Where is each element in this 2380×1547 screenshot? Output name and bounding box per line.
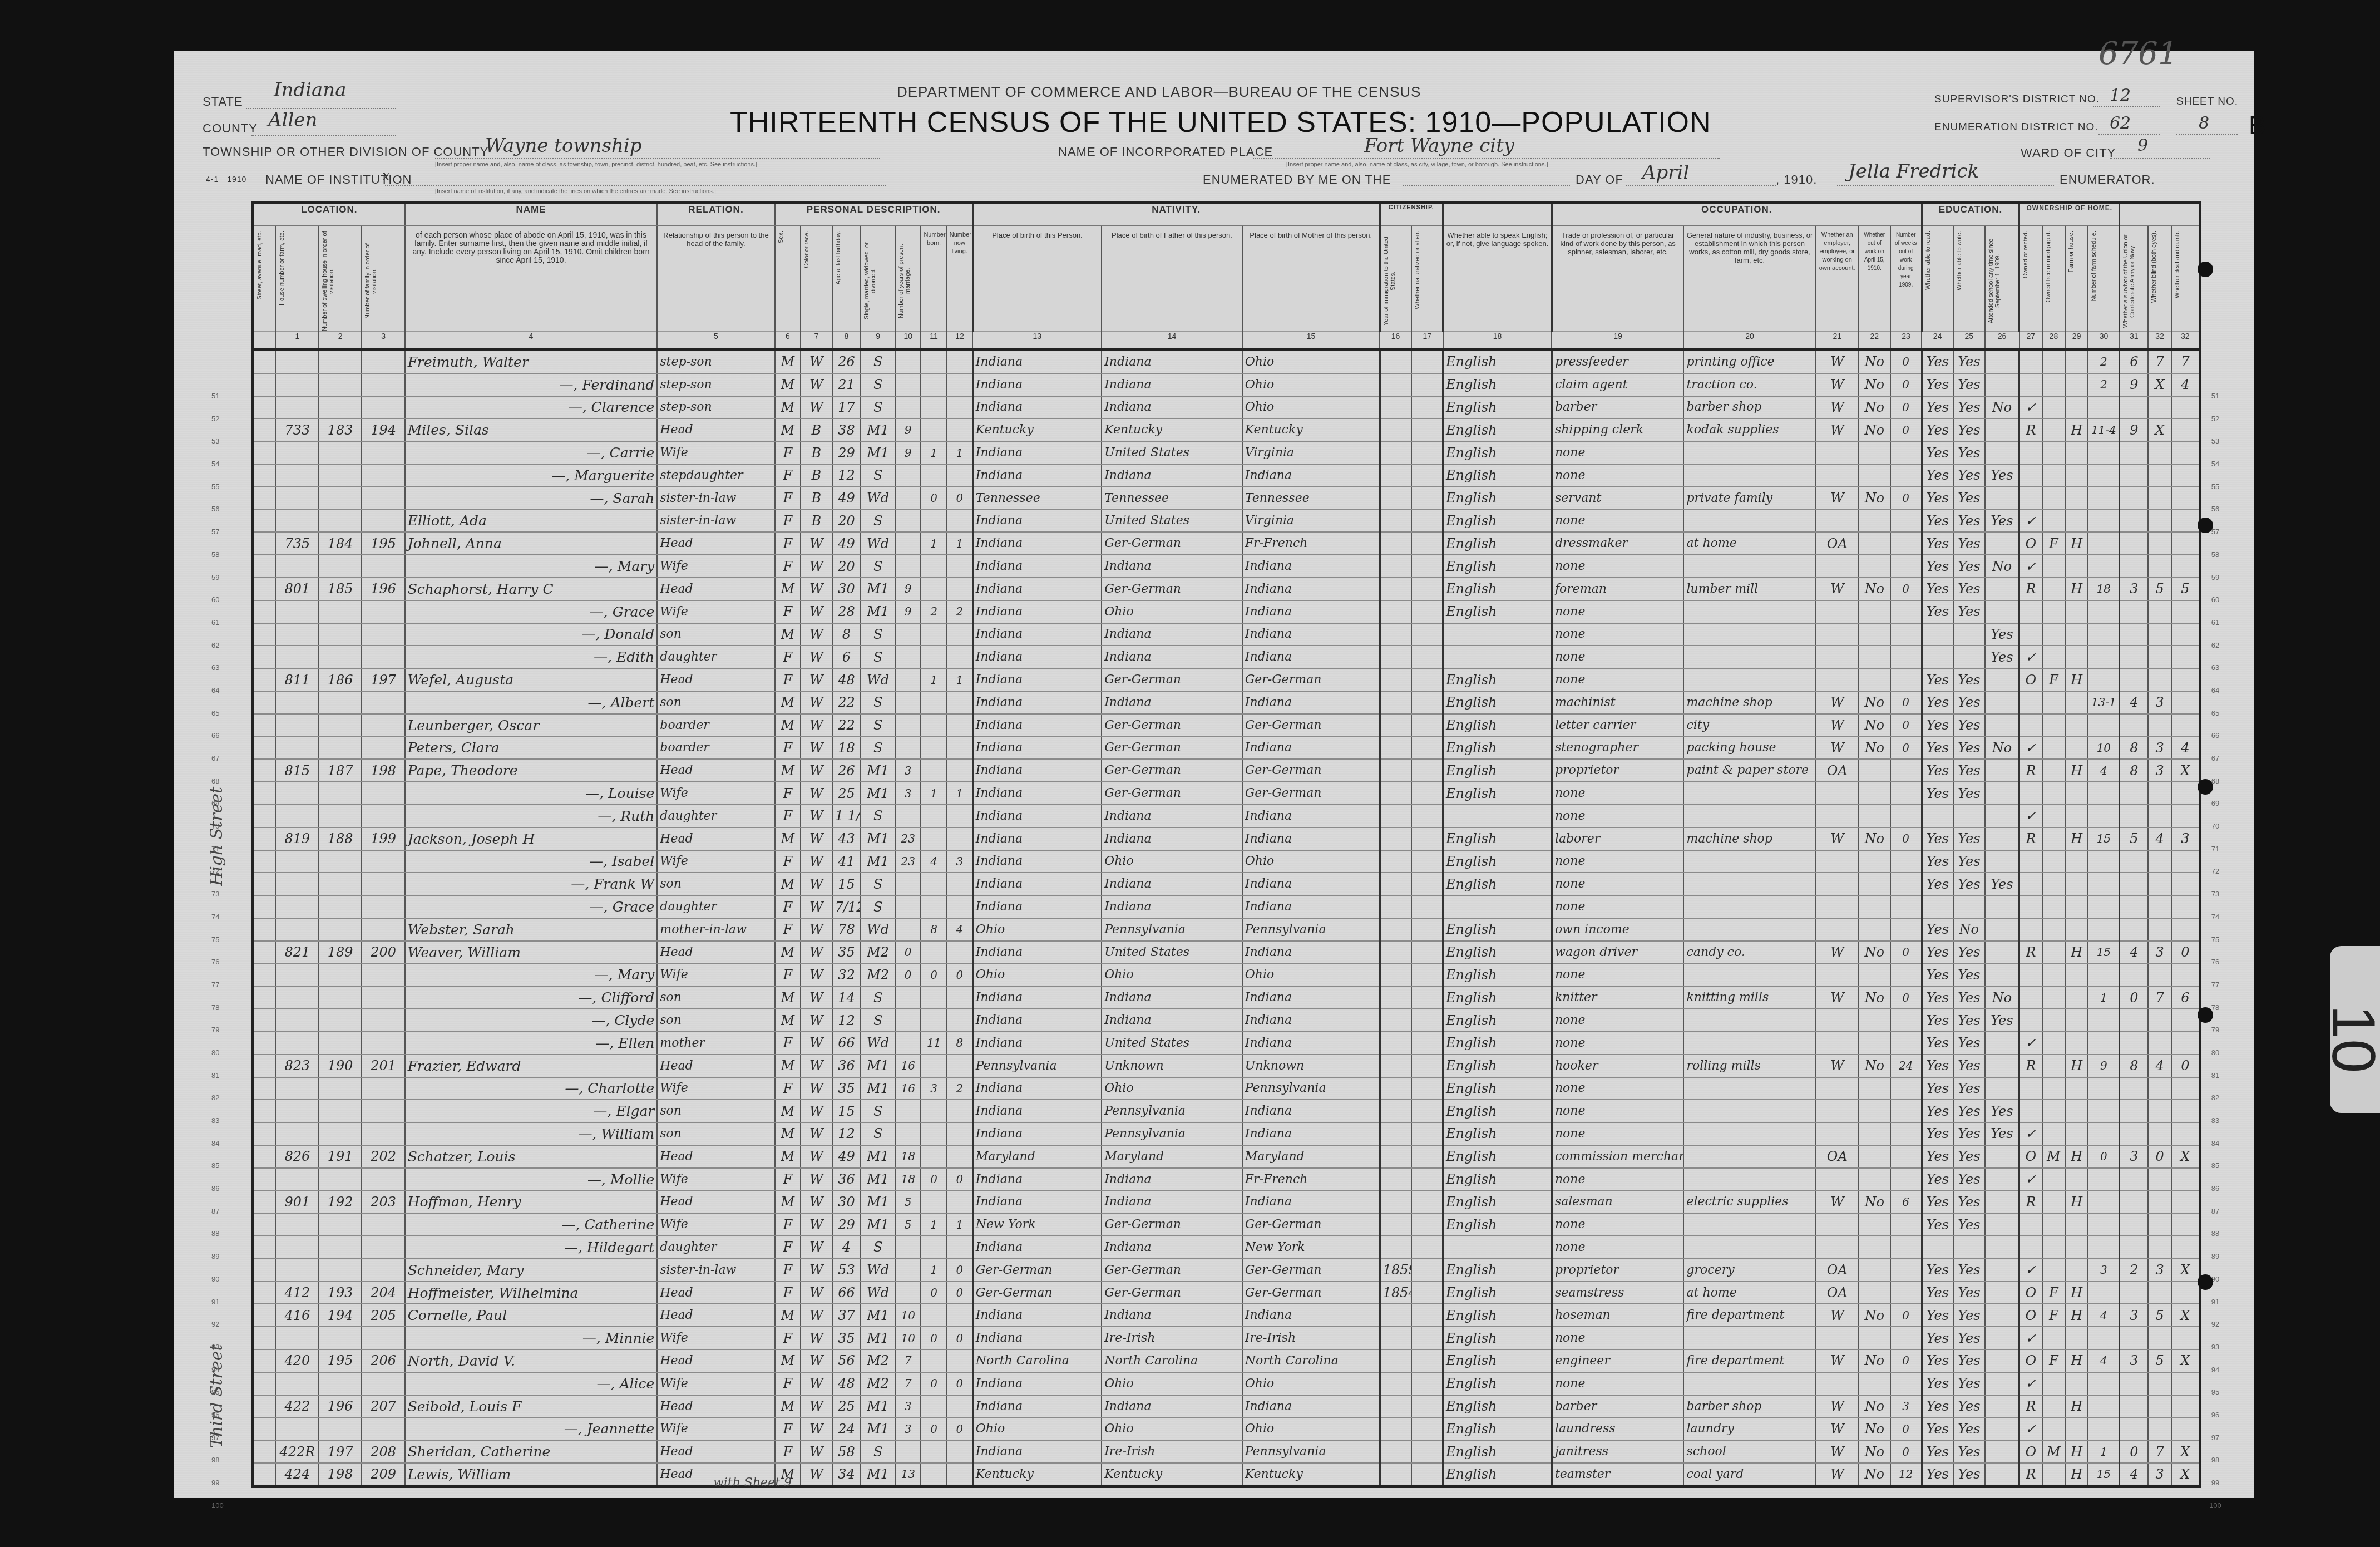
- table-row: —, LouiseWifeFW25M1311IndianaGer-GermanG…: [253, 782, 2200, 805]
- industry-cell: [1683, 1077, 1815, 1100]
- years-married-cell: 3: [895, 1417, 921, 1440]
- marital-status-cell: S: [861, 510, 895, 533]
- group-nativity: NATIVITY.: [972, 203, 1380, 226]
- marital-status-cell: M1: [861, 782, 895, 805]
- out-of-work-cell: [1859, 646, 1890, 668]
- weeks-out-cell: [1890, 464, 1922, 487]
- owned-rented-cell: ✓: [2019, 1417, 2042, 1440]
- years-married-cell: [895, 396, 921, 419]
- immigration-year-cell: [1380, 578, 1411, 600]
- school-cell: Yes: [1985, 1100, 2019, 1122]
- birthplace-person-cell: Indiana: [972, 1032, 1102, 1055]
- school-cell: [1985, 1349, 2019, 1372]
- schedule-cell: 4: [2088, 1304, 2120, 1327]
- birthplace-mother-cell: Pennsylvania: [1242, 1077, 1380, 1100]
- deaf-cell: [2171, 623, 2200, 646]
- col-born: Number born.: [921, 226, 946, 332]
- language-cell: English: [1443, 487, 1552, 510]
- birthplace-mother-cell: Indiana: [1242, 1032, 1380, 1055]
- street-cell: [253, 623, 276, 646]
- relation-cell: Wife: [657, 1327, 774, 1349]
- trade-cell: none: [1552, 600, 1683, 623]
- table-row: —, CatherineWifeFW29M1511New YorkGer-Ger…: [253, 1213, 2200, 1236]
- family-number-cell: 205: [362, 1304, 404, 1327]
- line-number: 89: [211, 1245, 228, 1268]
- birthplace-father-cell: Ohio: [1102, 1077, 1242, 1100]
- sex-cell: F: [775, 1282, 801, 1304]
- industry-cell: packing house: [1683, 737, 1815, 760]
- family-number-cell: [362, 714, 404, 737]
- birthplace-mother-cell: Indiana: [1242, 1304, 1380, 1327]
- table-row: 416194205Cornelle, PaulHeadMW37M110India…: [253, 1304, 2200, 1327]
- family-number-cell: [362, 691, 404, 714]
- free-mortgaged-cell: [2042, 350, 2065, 373]
- sex-cell: M: [775, 418, 801, 441]
- birthplace-person-cell: Indiana: [972, 782, 1102, 805]
- industry-cell: kodak supplies: [1683, 418, 1815, 441]
- line-number: 58: [2204, 544, 2226, 566]
- birthplace-person-cell: Indiana: [972, 510, 1102, 533]
- farm-house-cell: [2065, 510, 2088, 533]
- write-cell: Yes: [1953, 396, 1985, 419]
- person-name-cell: Weaver, William: [405, 941, 658, 964]
- immigration-year-cell: [1380, 1009, 1411, 1032]
- birthplace-mother-cell: Indiana: [1242, 623, 1380, 646]
- family-number-cell: 196: [362, 578, 404, 600]
- blind-cell: [2148, 464, 2171, 487]
- column-number: 32: [2148, 332, 2171, 350]
- weeks-out-cell: 0: [1890, 827, 1922, 850]
- trade-cell: none: [1552, 623, 1683, 646]
- house-number-cell: [276, 350, 319, 373]
- table-row: —, DonaldsonMW8SIndianaIndianaIndiananon…: [253, 623, 2200, 646]
- birthplace-person-cell: Indiana: [972, 555, 1102, 578]
- years-married-cell: 9: [895, 578, 921, 600]
- veteran-cell: 3: [2120, 1349, 2149, 1372]
- children-born-cell: [921, 350, 946, 373]
- age-cell: 49: [832, 532, 861, 555]
- naturalization-cell: [1411, 918, 1443, 941]
- blind-cell: [2148, 850, 2171, 873]
- race-cell: W: [801, 1349, 832, 1372]
- immigration-year-cell: [1380, 714, 1411, 737]
- free-mortgaged-cell: [2042, 714, 2065, 737]
- house-number-cell: [276, 1077, 319, 1100]
- veteran-cell: [2120, 1417, 2149, 1440]
- children-living-cell: 0: [947, 1372, 972, 1395]
- birthplace-father-cell: Indiana: [1102, 350, 1242, 373]
- industry-cell: [1683, 1145, 1815, 1168]
- years-married-cell: 9: [895, 418, 921, 441]
- birthplace-mother-cell: Pennsylvania: [1242, 1440, 1380, 1463]
- children-living-cell: 3: [947, 850, 972, 873]
- person-name-cell: —, Mary: [405, 555, 658, 578]
- sex-cell: F: [775, 1213, 801, 1236]
- veteran-cell: 0: [2120, 986, 2149, 1009]
- age-cell: 26: [832, 350, 861, 373]
- out-of-work-cell: [1859, 623, 1890, 646]
- deaf-cell: [2171, 1236, 2200, 1259]
- line-number: 68: [211, 770, 228, 793]
- family-number-cell: [362, 1417, 404, 1440]
- marital-status-cell: S: [861, 714, 895, 737]
- read-cell: Yes: [1922, 1349, 1953, 1372]
- trade-cell: none: [1552, 464, 1683, 487]
- write-cell: Yes: [1953, 691, 1985, 714]
- relation-cell: Head: [657, 759, 774, 782]
- race-cell: W: [801, 1236, 832, 1259]
- line-number: 77: [211, 974, 228, 997]
- deaf-cell: [2171, 1395, 2200, 1418]
- industry-cell: [1683, 918, 1815, 941]
- children-born-cell: [921, 623, 946, 646]
- immigration-year-cell: [1380, 1100, 1411, 1122]
- schedule-cell: [2088, 1122, 2120, 1145]
- free-mortgaged-cell: [2042, 487, 2065, 510]
- relation-cell: Wife: [657, 964, 774, 987]
- column-number: 22: [1859, 332, 1890, 350]
- relation-cell: step-son: [657, 350, 774, 373]
- marital-status-cell: S: [861, 1009, 895, 1032]
- age-cell: 4: [832, 1236, 861, 1259]
- deaf-cell: [2171, 782, 2200, 805]
- race-cell: W: [801, 850, 832, 873]
- line-number: 70: [2204, 815, 2226, 838]
- weeks-out-cell: 0: [1890, 418, 1922, 441]
- line-number: 56: [211, 498, 228, 521]
- weeks-out-cell: [1890, 1122, 1922, 1145]
- write-cell: Yes: [1953, 510, 1985, 533]
- column-number: 25: [1953, 332, 1985, 350]
- children-living-cell: [947, 691, 972, 714]
- farm-house-cell: [2065, 350, 2088, 373]
- blind-cell: 5: [2148, 1349, 2171, 1372]
- house-number-cell: [276, 1168, 319, 1191]
- out-of-work-cell: [1859, 510, 1890, 533]
- owned-rented-cell: [2019, 623, 2042, 646]
- street-cell: [253, 464, 276, 487]
- employer-status-cell: W: [1816, 986, 1859, 1009]
- owned-rented-cell: O: [2019, 1145, 2042, 1168]
- owned-rented-cell: [2019, 487, 2042, 510]
- naturalization-cell: [1411, 895, 1443, 918]
- veteran-cell: [2120, 918, 2149, 941]
- farm-house-cell: [2065, 1032, 2088, 1055]
- relation-cell: son: [657, 986, 774, 1009]
- relation-cell: Head: [657, 941, 774, 964]
- group-relation: RELATION.: [657, 203, 774, 226]
- owned-rented-cell: ✓: [2019, 646, 2042, 668]
- employer-status-cell: [1816, 964, 1859, 987]
- sex-cell: M: [775, 623, 801, 646]
- school-cell: [1985, 714, 2019, 737]
- schedule-cell: [2088, 1100, 2120, 1122]
- language-cell: English: [1443, 1213, 1552, 1236]
- immigration-year-cell: 1859: [1380, 1259, 1411, 1282]
- birthplace-mother-cell: Ger-German: [1242, 759, 1380, 782]
- naturalization-cell: [1411, 646, 1443, 668]
- marital-status-cell: S: [861, 1122, 895, 1145]
- line-number: 85: [211, 1155, 228, 1178]
- race-cell: W: [801, 1055, 832, 1077]
- marital-status-cell: S: [861, 464, 895, 487]
- dwelling-number-cell: [319, 1259, 362, 1282]
- children-born-cell: 1: [921, 1213, 946, 1236]
- weeks-out-cell: [1890, 759, 1922, 782]
- line-number: 98: [2204, 1449, 2226, 1472]
- line-number: 100: [2204, 1495, 2226, 1518]
- trade-cell: machinist: [1552, 691, 1683, 714]
- person-name-cell: —, Isabel: [405, 850, 658, 873]
- years-married-cell: 18: [895, 1145, 921, 1168]
- birthplace-father-cell: Indiana: [1102, 1190, 1242, 1213]
- birthplace-mother-cell: Indiana: [1242, 1395, 1380, 1418]
- veteran-cell: [2120, 1100, 2149, 1122]
- out-of-work-cell: No: [1859, 1463, 1890, 1486]
- naturalization-cell: [1411, 1236, 1443, 1259]
- birthplace-father-cell: Indiana: [1102, 1009, 1242, 1032]
- column-number: [253, 332, 276, 350]
- farm-house-cell: [2065, 964, 2088, 987]
- birthplace-person-cell: Indiana: [972, 1327, 1102, 1349]
- write-cell: [1953, 646, 1985, 668]
- sex-cell: M: [775, 873, 801, 895]
- sheet-label: SHEET NO.: [2176, 96, 2238, 108]
- schedule-cell: [2088, 668, 2120, 691]
- veteran-cell: [2120, 441, 2149, 464]
- language-cell: English: [1443, 759, 1552, 782]
- line-number: 76: [211, 951, 228, 974]
- family-number-cell: [362, 441, 404, 464]
- school-cell: [1985, 418, 2019, 441]
- house-number-cell: [276, 487, 319, 510]
- naturalization-cell: [1411, 737, 1443, 760]
- children-born-cell: [921, 510, 946, 533]
- schedule-cell: 0: [2088, 1145, 2120, 1168]
- industry-cell: barber shop: [1683, 1395, 1815, 1418]
- write-cell: Yes: [1953, 532, 1985, 555]
- birthplace-person-cell: Kentucky: [972, 418, 1102, 441]
- family-number-cell: 203: [362, 1190, 404, 1213]
- school-cell: [1985, 1440, 2019, 1463]
- relation-cell: sister-in-law: [657, 510, 774, 533]
- age-cell: 35: [832, 941, 861, 964]
- dwelling-number-cell: [319, 441, 362, 464]
- naturalization-cell: [1411, 1122, 1443, 1145]
- school-cell: [1985, 441, 2019, 464]
- children-born-cell: [921, 396, 946, 419]
- write-cell: Yes: [1953, 1100, 1985, 1122]
- marital-status-cell: M1: [861, 1145, 895, 1168]
- table-row: —, ElgarsonMW15SIndianaPennsylvaniaIndia…: [253, 1100, 2200, 1122]
- race-cell: W: [801, 986, 832, 1009]
- line-number: 67: [2204, 747, 2226, 770]
- house-number-cell: [276, 850, 319, 873]
- line-number: 86: [211, 1178, 228, 1200]
- children-living-cell: [947, 1440, 972, 1463]
- children-born-cell: 0: [921, 1168, 946, 1191]
- dwelling-number-cell: [319, 1122, 362, 1145]
- deaf-cell: [2171, 1372, 2200, 1395]
- trade-cell: none: [1552, 805, 1683, 827]
- dwelling-number-cell: [319, 918, 362, 941]
- owned-rented-cell: [2019, 1009, 2042, 1032]
- veteran-cell: 2: [2120, 1259, 2149, 1282]
- language-cell: English: [1443, 464, 1552, 487]
- race-cell: W: [801, 827, 832, 850]
- house-number-cell: [276, 918, 319, 941]
- race-cell: W: [801, 555, 832, 578]
- birthplace-father-cell: Tennessee: [1102, 487, 1242, 510]
- birthplace-father-cell: Ire-Irish: [1102, 1327, 1242, 1349]
- children-living-cell: [947, 941, 972, 964]
- weeks-out-cell: [1890, 1145, 1922, 1168]
- person-name-cell: —, Hildegart: [405, 1236, 658, 1259]
- trade-cell: none: [1552, 1327, 1683, 1349]
- sex-cell: M: [775, 714, 801, 737]
- veteran-cell: [2120, 396, 2149, 419]
- schedule-cell: [2088, 532, 2120, 555]
- dwelling-number-cell: [319, 396, 362, 419]
- birthplace-father-cell: Indiana: [1102, 873, 1242, 895]
- industry-cell: fire department: [1683, 1304, 1815, 1327]
- col-marital: Single, married, widowed, or divorced.: [863, 231, 877, 331]
- naturalization-cell: [1411, 668, 1443, 691]
- employer-status-cell: [1816, 555, 1859, 578]
- language-cell: English: [1443, 510, 1552, 533]
- employer-status-cell: [1816, 441, 1859, 464]
- birthplace-person-cell: Maryland: [972, 1145, 1102, 1168]
- sex-cell: M: [775, 1395, 801, 1418]
- children-living-cell: 2: [947, 1077, 972, 1100]
- school-cell: [1985, 1327, 2019, 1349]
- marital-status-cell: S: [861, 873, 895, 895]
- dwelling-number-cell: [319, 1100, 362, 1122]
- free-mortgaged-cell: [2042, 1372, 2065, 1395]
- col-immigration: Year of immigration to the United States…: [1383, 231, 1396, 331]
- film-marker: 10: [2330, 946, 2380, 1113]
- column-number: 11: [921, 332, 946, 350]
- sex-cell: M: [775, 1190, 801, 1213]
- school-cell: [1985, 1168, 2019, 1191]
- schedule-cell: [2088, 918, 2120, 941]
- trade-cell: laborer: [1552, 827, 1683, 850]
- veteran-cell: 4: [2120, 941, 2149, 964]
- veteran-cell: [2120, 555, 2149, 578]
- veteran-cell: [2120, 1372, 2149, 1395]
- person-name-cell: —, Carrie: [405, 441, 658, 464]
- line-number: 65: [211, 702, 228, 725]
- dwelling-number-cell: [319, 464, 362, 487]
- birthplace-mother-cell: Indiana: [1242, 578, 1380, 600]
- language-cell: English: [1443, 578, 1552, 600]
- line-number: 69: [211, 792, 228, 815]
- sex-cell: M: [775, 578, 801, 600]
- marital-status-cell: Wd: [861, 1032, 895, 1055]
- relation-cell: Wife: [657, 1417, 774, 1440]
- birthplace-mother-cell: Indiana: [1242, 827, 1380, 850]
- children-born-cell: 1: [921, 532, 946, 555]
- children-living-cell: [947, 510, 972, 533]
- blind-cell: [2148, 1417, 2171, 1440]
- owned-rented-cell: [2019, 350, 2042, 373]
- relation-cell: stepdaughter: [657, 464, 774, 487]
- birthplace-father-cell: Ohio: [1102, 600, 1242, 623]
- years-married-cell: 3: [895, 759, 921, 782]
- birthplace-father-cell: Indiana: [1102, 373, 1242, 396]
- employer-status-cell: [1816, 918, 1859, 941]
- employer-status-cell: OA: [1816, 532, 1859, 555]
- veteran-cell: [2120, 714, 2149, 737]
- trade-cell: none: [1552, 964, 1683, 987]
- language-cell: English: [1443, 1009, 1552, 1032]
- naturalization-cell: [1411, 1327, 1443, 1349]
- industry-cell: [1683, 510, 1815, 533]
- schedule-cell: [2088, 1282, 2120, 1304]
- house-number-cell: [276, 510, 319, 533]
- industry-cell: candy co.: [1683, 941, 1815, 964]
- marital-status-cell: M1: [861, 600, 895, 623]
- trade-cell: janitress: [1552, 1440, 1683, 1463]
- house-number-cell: [276, 1213, 319, 1236]
- schedule-cell: [2088, 555, 2120, 578]
- industry-cell: [1683, 1168, 1815, 1191]
- write-cell: Yes: [1953, 487, 1985, 510]
- line-number: 59: [2204, 566, 2226, 589]
- owned-rented-cell: [2019, 373, 2042, 396]
- house-number-cell: 422R: [276, 1440, 319, 1463]
- years-married-cell: [895, 691, 921, 714]
- binder-hole: [2198, 262, 2213, 277]
- race-cell: W: [801, 1190, 832, 1213]
- line-number: 95: [211, 1381, 228, 1404]
- language-cell: [1443, 646, 1552, 668]
- birthplace-father-cell: United States: [1102, 510, 1242, 533]
- line-number: 69: [2204, 792, 2226, 815]
- weeks-out-cell: [1890, 805, 1922, 827]
- veteran-cell: [2120, 646, 2149, 668]
- street-cell: [253, 396, 276, 419]
- children-born-cell: 3: [921, 1077, 946, 1100]
- veteran-cell: [2120, 1077, 2149, 1100]
- write-cell: Yes: [1953, 464, 1985, 487]
- free-mortgaged-cell: F: [2042, 532, 2065, 555]
- street-cell: [253, 1282, 276, 1304]
- blind-cell: [2148, 532, 2171, 555]
- person-name-cell: —, William: [405, 1122, 658, 1145]
- free-mortgaged-cell: [2042, 1009, 2065, 1032]
- birthplace-person-cell: Indiana: [972, 464, 1102, 487]
- deaf-cell: [2171, 805, 2200, 827]
- years-married-cell: 7: [895, 1372, 921, 1395]
- sex-cell: F: [775, 668, 801, 691]
- age-cell: 12: [832, 464, 861, 487]
- dwelling-number-cell: [319, 555, 362, 578]
- birthplace-mother-cell: Indiana: [1242, 737, 1380, 760]
- line-number: 99: [2204, 1472, 2226, 1495]
- years-married-cell: 9: [895, 600, 921, 623]
- birthplace-mother-cell: Ohio: [1242, 373, 1380, 396]
- line-number: 97: [211, 1427, 228, 1450]
- years-married-cell: [895, 373, 921, 396]
- deaf-cell: [2171, 555, 2200, 578]
- naturalization-cell: [1411, 1032, 1443, 1055]
- house-number-cell: [276, 1236, 319, 1259]
- farm-house-cell: H: [2065, 1304, 2088, 1327]
- trade-cell: letter carrier: [1552, 714, 1683, 737]
- column-number: 29: [2065, 332, 2088, 350]
- blind-cell: [2148, 1282, 2171, 1304]
